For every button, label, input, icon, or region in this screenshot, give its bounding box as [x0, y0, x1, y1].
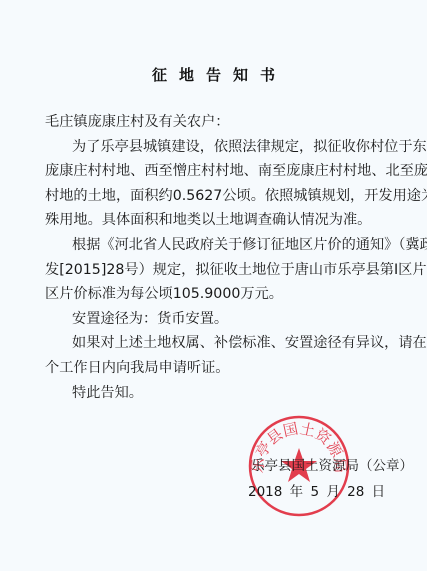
- paragraph3: 安置途径为：货币安置。: [45, 307, 385, 332]
- paragraph4-line2: 个工作日内向我局申请听证。: [45, 356, 385, 381]
- paragraph1-line3: 村地的土地，面积约0.5627公顷。依照城镇规划，开发用途为特: [45, 184, 385, 209]
- document-body: 毛庄镇庞康庄村及有关农户： 为了乐亭县城镇建设，依照法律规定，拟征收你村位于东至…: [45, 110, 385, 405]
- paragraph1-line1: 为了乐亭县城镇建设，依照法律规定，拟征收你村位于东至: [45, 135, 385, 160]
- paragraph1-line2: 庞康庄村村地、西至憎庄村村地、南至庞康庄村村地、北至庞康庄村: [45, 159, 385, 184]
- paragraph4-line1: 如果对上述土地权属、补偿标准、安置途径有异议，请在5: [45, 331, 385, 356]
- date: 2018 年 5 月 28 日: [248, 480, 385, 500]
- addressee: 毛庄镇庞康庄村及有关农户：: [45, 110, 385, 135]
- paragraph2-line3: 区片价标准为每公顷105.9000万元。: [45, 282, 385, 307]
- paragraph2-line2: 发[2015]28号）规定，拟征收土地位于唐山市乐亭县第I区片，: [45, 258, 385, 283]
- signature: 乐亭县国土资源局（公章）: [251, 454, 413, 474]
- paragraph2-line1: 根据《河北省人民政府关于修订征地区片价的通知》（冀政: [45, 233, 385, 258]
- paragraph1-line4: 殊用地。具体面积和地类以土地调查确认情况为准。: [45, 208, 385, 233]
- document-title: 征地告知书: [0, 64, 427, 85]
- closing: 特此告知。: [45, 381, 385, 406]
